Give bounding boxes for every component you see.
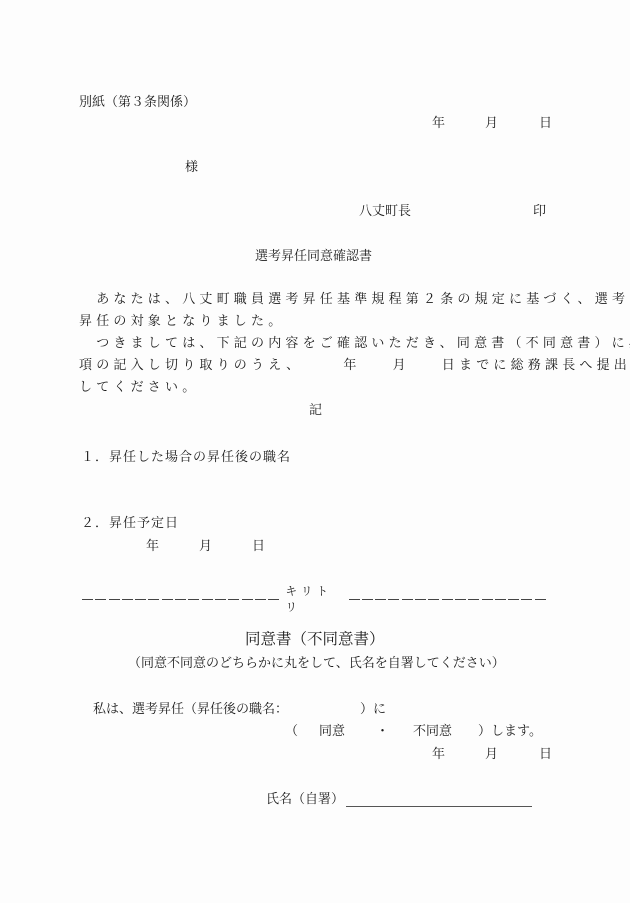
paragraph1-line1: あなたは、八丈町職員選考昇任基準規程第２条の規定に基づく、選考による (79, 289, 551, 311)
paragraph2-line2: 項の記入し切り取りのうえ、年月日までに総務課長へ提出 (79, 355, 551, 377)
deadline-suffix: 日までに総務課長へ提出 (442, 358, 630, 373)
deadline-prefix: 項の記入し切り取りのうえ、 (79, 358, 303, 373)
seal-mark: 印 (533, 205, 546, 218)
cut-line-label: キリトリ (281, 583, 348, 615)
paragraph2-line3: してください。 (79, 377, 551, 399)
choice-separator: ・ (376, 725, 389, 738)
addressee-suffix: 様 (185, 161, 198, 174)
cut-line: キリトリ (82, 583, 548, 615)
cut-line-dashes-left (82, 599, 281, 600)
item-2-day: 日 (252, 540, 265, 553)
signature-field[interactable] (346, 806, 532, 807)
choice-suffix: ）します。 (478, 725, 542, 738)
notice-body: あなたは、八丈町職員選考昇任基準規程第２条の規定に基づく、選考による 昇任の対象… (79, 289, 551, 399)
deadline-month: 月 (393, 358, 410, 373)
statement-prefix: 私は、選考昇任（昇任後の職名： (93, 703, 288, 716)
signature-label: 氏名（自署） (266, 793, 344, 806)
consent-form-instruction: （同意不同意のどちらかに丸をして、氏名を自署してください） (128, 657, 505, 670)
notice-title: 選考昇任同意確認書 (255, 250, 372, 263)
consent-form-title: 同意書（不同意書） (245, 632, 385, 648)
issuer-name: 八丈町長 (359, 205, 411, 218)
consent-date-year: 年 (432, 748, 445, 761)
cut-line-dashes-right (349, 599, 548, 600)
consent-date-month: 月 (485, 748, 498, 761)
choice-agree[interactable]: 同意 (319, 725, 345, 738)
consent-date-day: 日 (539, 748, 552, 761)
annex-label: 別紙（第３条関係） (79, 96, 196, 109)
paragraph1-line2: 昇任の対象となりました。 (79, 311, 551, 333)
item-2-year: 年 (146, 540, 159, 553)
item-2-month: 月 (199, 540, 212, 553)
deadline-year: 年 (343, 358, 360, 373)
header-date-year: 年 (432, 117, 445, 130)
item-2-promotion-date: ２．昇任予定日 (81, 517, 179, 530)
paragraph2-line1: つきましては、下記の内容をご確認いただき、同意書（不同意書）に必要事 (79, 333, 551, 355)
item-1-position-title: １．昇任した場合の昇任後の職名 (81, 451, 291, 464)
choice-open-paren: （ (285, 725, 298, 738)
header-date-day: 日 (539, 117, 552, 130)
ki-heading: 記 (309, 404, 322, 417)
choice-disagree[interactable]: 不同意 (413, 725, 452, 738)
statement-suffix: ）に (360, 703, 386, 716)
header-date-month: 月 (485, 117, 498, 130)
